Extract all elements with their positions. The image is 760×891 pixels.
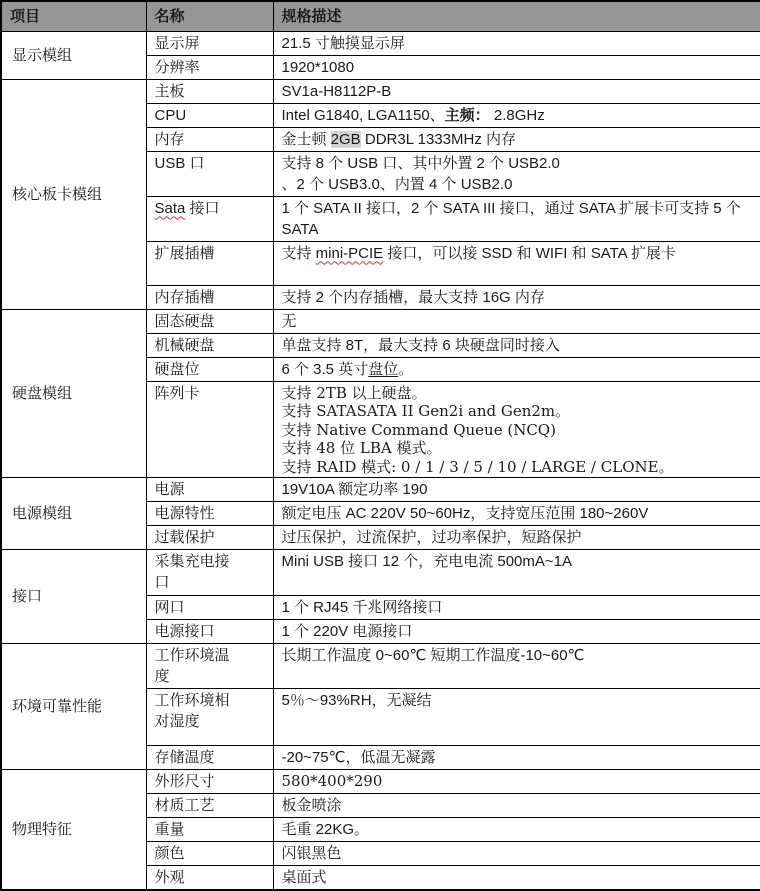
name-cell: 工作环境相对湿度 (146, 689, 273, 746)
name-cell: 采集充电接口 (146, 550, 273, 596)
desc-cell: SV1a-H8112P-B (273, 79, 760, 103)
misspelled-word: Sata (155, 200, 186, 217)
name-cell: 过载保护 (146, 526, 273, 550)
spec-row: 接口 采集充电接口 Mini USB 接口 12 个，充电电流 500mA~1A (1, 550, 760, 596)
name-cell: 硬盘位 (146, 357, 273, 381)
desc-cell: 支持 8 个 USB 口、其中外置 2 个 USB2.0 、2 个 USB3.0… (273, 151, 760, 196)
spec-row: 电源模组 电源 19V10A 额定功率 190 (1, 478, 760, 502)
name-cell: 机械硬盘 (146, 333, 273, 357)
desc-cell: 支持 2 个内存插槽，最大支持 16G 内存 (273, 285, 760, 309)
desc-text: 支持 (282, 245, 316, 262)
name-text: 工作环境温度 (155, 645, 235, 687)
header-row: 项目 名称 规格描述 (1, 1, 760, 31)
section-cell-power-module: 电源模组 (1, 478, 146, 550)
desc-cell: 21.5 寸触摸显示屏 (273, 31, 760, 55)
desc-text: 2.8GHz (490, 107, 545, 124)
desc-line: 支持 8 个 USB 口、其中外置 2 个 USB2.0 (282, 153, 753, 174)
section-cell-core-board-module: 核心板卡模组 (1, 79, 146, 309)
desc-underlined-text: 盘位 (368, 361, 398, 378)
section-cell-physical: 物理特征 (1, 770, 146, 891)
name-cell: 材质工艺 (146, 794, 273, 818)
desc-line: 支持 Native Command Queue (NCQ) (282, 421, 753, 440)
desc-cell: 过压保护，过流保护，过功率保护，短路保护 (273, 526, 760, 550)
header-name: 名称 (146, 1, 273, 31)
spec-row: 环境可靠性能 工作环境温度 长期工作温度 0~60℃ 短期工作温度-10~60℃ (1, 644, 760, 689)
header-spec: 规格描述 (273, 1, 760, 31)
name-cell: USB 口 (146, 151, 273, 196)
name-cell: 扩展插槽 (146, 241, 273, 285)
spec-table: 项目 名称 规格描述 显示模组 显示屏 21.5 寸触摸显示屏 分辨率 1920… (0, 0, 760, 891)
desc-cell: 长期工作温度 0~60℃ 短期工作温度-10~60℃ (273, 644, 760, 689)
name-cell: 电源 (146, 478, 273, 502)
spec-row: 显示模组 显示屏 21.5 寸触摸显示屏 (1, 31, 760, 55)
header-item: 项目 (1, 1, 146, 31)
desc-text: 金士顿 (282, 131, 331, 148)
desc-cell: 毛重 22KG。 (273, 818, 760, 842)
name-text: 接口 (185, 200, 219, 217)
name-cell: 颜色 (146, 842, 273, 866)
name-cell: 分辨率 (146, 55, 273, 79)
desc-bold-text: 主频： (445, 107, 490, 124)
desc-cell: 1 个 220V 电源接口 (273, 620, 760, 644)
name-cell: 主板 (146, 79, 273, 103)
section-cell-interfaces: 接口 (1, 550, 146, 644)
desc-cell: 桌面式 (273, 866, 760, 891)
name-cell: 网口 (146, 596, 273, 620)
desc-cell: 支持 2TB 以上硬盘。 支持 SATASATA II Gen2i and Ge… (273, 381, 760, 478)
desc-line: 支持 2TB 以上硬盘。 (282, 384, 753, 403)
desc-text: 。 (398, 361, 413, 378)
section-cell-display-module: 显示模组 (1, 31, 146, 79)
section-cell-hdd-module: 硬盘模组 (1, 309, 146, 478)
name-cell: 内存插槽 (146, 285, 273, 309)
name-text: 工作环境相对湿度 (155, 690, 235, 732)
desc-cell: 6 个 3.5 英寸盘位。 (273, 357, 760, 381)
desc-cell: 5％～93%RH，无凝结 (273, 689, 760, 746)
desc-cell: 闪银黑色 (273, 842, 760, 866)
name-cell: 固态硬盘 (146, 309, 273, 333)
desc-cell: Intel G1840, LGA1150、主频： 2.8GHz (273, 103, 760, 127)
desc-cell: 无 (273, 309, 760, 333)
desc-cell: 1920*1080 (273, 55, 760, 79)
desc-text: Intel G1840, LGA1150、 (282, 107, 445, 124)
name-cell: 外观 (146, 866, 273, 891)
desc-highlighted-text: 2GB (331, 131, 361, 148)
desc-text: 6 个 3.5 英寸 (282, 361, 369, 378)
desc-line: 支持 48 位 LBA 模式。 (282, 439, 753, 458)
name-text: 采集充电接口 (155, 551, 235, 593)
name-cell: 显示屏 (146, 31, 273, 55)
name-cell: Sata 接口 (146, 196, 273, 241)
desc-cell: 19V10A 额定功率 190 (273, 478, 760, 502)
name-cell: 电源接口 (146, 620, 273, 644)
desc-line: 支持 SATASATA II Gen2i and Gen2m。 (282, 402, 753, 421)
desc-line: 支持 RAID 模式: 0 / 1 / 3 / 5 / 10 / LARGE /… (282, 458, 753, 477)
misspelled-word: mini-PCIE (316, 245, 384, 262)
name-cell: 重量 (146, 818, 273, 842)
desc-cell: Mini USB 接口 12 个，充电电流 500mA~1A (273, 550, 760, 596)
desc-text: 接口，可以接 SSD 和 WIFI 和 SATA 扩展卡 (383, 245, 676, 262)
desc-cell: 1 个 SATA II 接口，2 个 SATA III 接口，通过 SATA 扩… (273, 196, 760, 241)
desc-line: 、2 个 USB3.0、内置 4 个 USB2.0 (282, 174, 753, 195)
spec-row: 核心板卡模组 主板 SV1a-H8112P-B (1, 79, 760, 103)
name-cell: 电源特性 (146, 502, 273, 526)
spec-row: 硬盘模组 固态硬盘 无 (1, 309, 760, 333)
desc-cell: 支持 mini-PCIE 接口，可以接 SSD 和 WIFI 和 SATA 扩展… (273, 241, 760, 285)
desc-cell: 金士顿 2GB DDR3L 1333MHz 内存 (273, 127, 760, 151)
desc-cell: 单盘支持 8T，最大支持 6 块硬盘同时接入 (273, 333, 760, 357)
desc-cell: 580*400*290 (273, 770, 760, 794)
desc-cell: 额定电压 AC 220V 50~60Hz，支持宽压范围 180~260V (273, 502, 760, 526)
spec-row: 物理特征 外形尺寸 580*400*290 (1, 770, 760, 794)
name-cell: 阵列卡 (146, 381, 273, 478)
name-cell: 内存 (146, 127, 273, 151)
section-cell-environment: 环境可靠性能 (1, 644, 146, 770)
name-cell: 工作环境温度 (146, 644, 273, 689)
name-cell: CPU (146, 103, 273, 127)
desc-cell: 板金喷涂 (273, 794, 760, 818)
name-cell: 外形尺寸 (146, 770, 273, 794)
desc-cell: 1 个 RJ45 千兆网络接口 (273, 596, 760, 620)
desc-cell: -20~75℃，低温无凝露 (273, 746, 760, 770)
desc-text: DDR3L 1333MHz 内存 (361, 131, 516, 148)
name-cell: 存储温度 (146, 746, 273, 770)
